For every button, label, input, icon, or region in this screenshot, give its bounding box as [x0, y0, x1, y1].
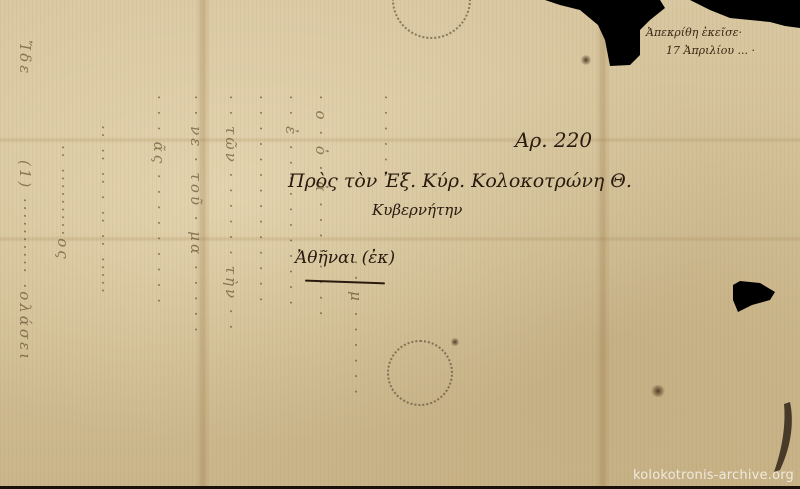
ink-stain — [580, 55, 592, 65]
document-scan: Ἴδε (1) ·········· ·ολάσει ·· ·········ο… — [0, 0, 800, 489]
postal-stamp-middle — [387, 340, 453, 406]
bleed-through-column: · ο · ὁ · ἀ · · · · · · · · — [312, 95, 330, 319]
corner-note-line-1: Ἀπεκρίθη ἐκεῖσε· — [646, 26, 742, 39]
address-line-2: Κυβερνήτην — [372, 201, 462, 219]
bleed-through-column: · · νε · τοῦ · μα · · · · · — [187, 95, 205, 335]
bleed-through-column: · · · · · — [377, 95, 395, 165]
site-watermark: kolokotronis-archive.org — [633, 468, 794, 483]
bleed-through-column: Ἴδε — [16, 40, 34, 76]
torn-edges — [0, 0, 800, 489]
bleed-through-column: ·· ·· ·· · ·· ·· ····· — [94, 125, 112, 296]
bleed-through-column: · · · ᾶς · · · · · · · · · — [150, 95, 168, 306]
ink-stain — [451, 337, 459, 347]
ink-stain — [650, 385, 666, 397]
bleed-through-column: · · · · · · · · · · · · · · — [252, 95, 270, 305]
bleed-through-column: · · ἐ · · · · · · · · · · · — [282, 95, 300, 308]
archive-number: Αρ. 220 — [515, 128, 592, 152]
address-line-1: Πρὸς τὸν Ἐξ. Κύρ. Κολοκοτρώνη Θ. — [288, 170, 632, 192]
bleed-through-column: ·· ·········ος — [54, 145, 72, 262]
corner-note-line-2: 17 Ἀπριλίου ... · — [666, 44, 755, 57]
bleed-through-column: (1) ·········· ·ολάσει — [16, 160, 34, 362]
bleed-through-column: · · τῶν · · · · · · τὴν · · — [222, 95, 240, 332]
place-line: Ἀθῆναι (ἐκ) — [295, 248, 395, 268]
